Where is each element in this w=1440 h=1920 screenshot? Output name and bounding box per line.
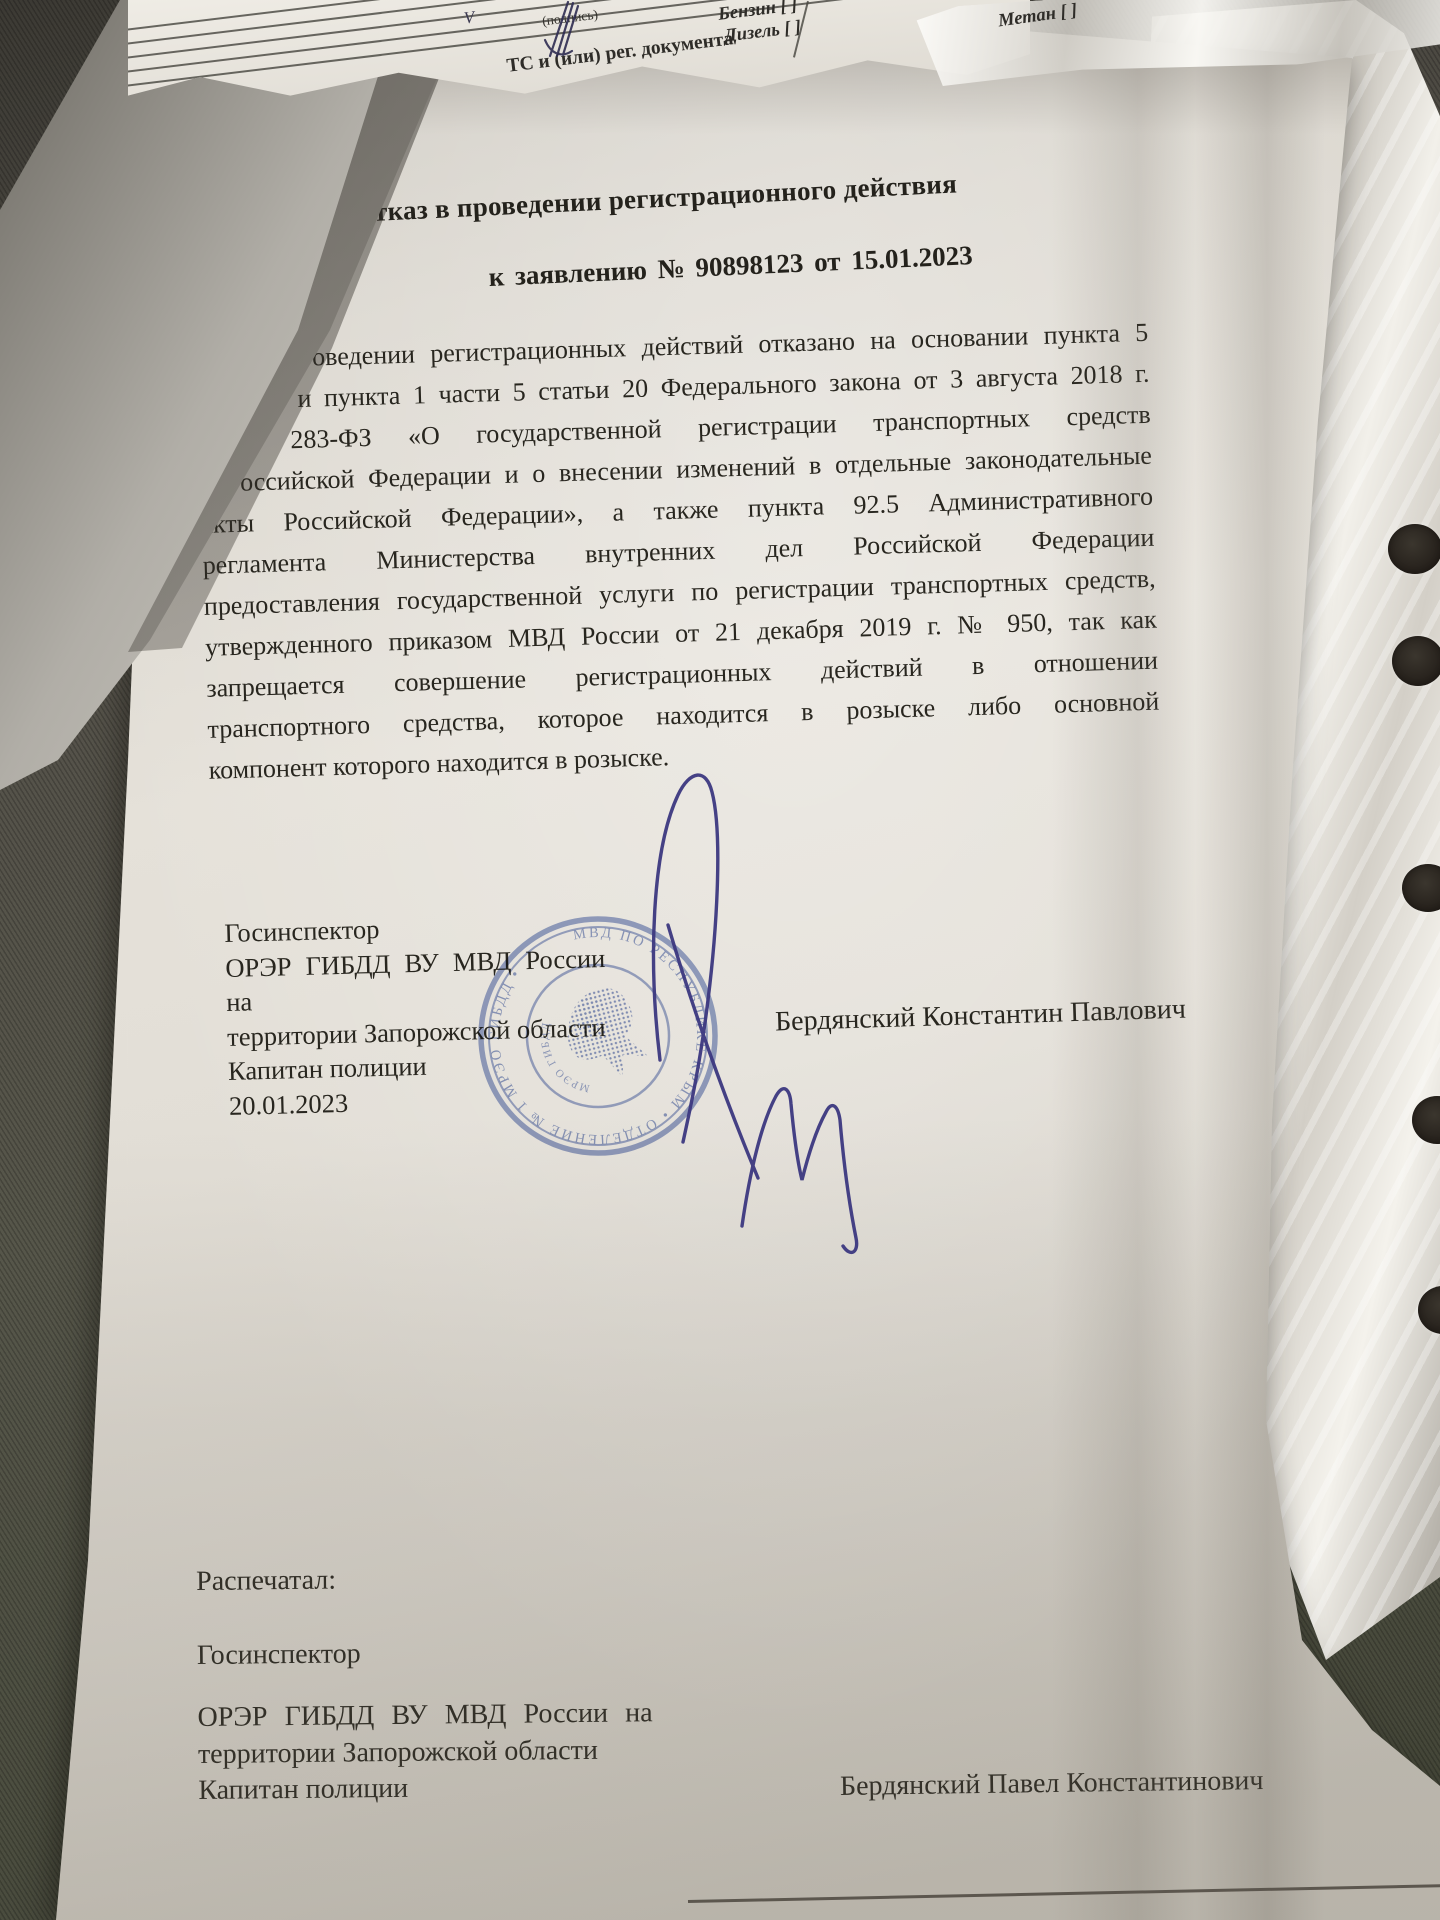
document-subtitle: к заявлению № 90898123 от 15.01.2023 [488, 240, 973, 293]
printed-by-block: Распечатал: Госинспектор ОРЭР ГИБДД ВУ М… [196, 1561, 669, 1809]
printed-by-rank: Госинспектор [197, 1635, 667, 1672]
pen-scribble-ink [520, 0, 610, 80]
printed-by-unit-line2: территории Запорожской области [198, 1732, 668, 1773]
document-title: Отказ в проведении регистрационного дейс… [352, 170, 933, 229]
photo-of-document: Отказ в проведении регистрационного дейс… [0, 0, 1440, 1920]
printed-by-position: Капитан полиции [198, 1768, 668, 1809]
printed-by-name: Бердянский Павел Константинович [840, 1765, 1264, 1803]
printed-by-unit-line1: ОРЭР ГИБДД ВУ МВД России на [197, 1693, 652, 1737]
checkmark-mark: V [463, 7, 476, 28]
footer-rule [688, 1884, 1440, 1903]
document-body: В проведении регистрационных действий от… [196, 312, 1161, 791]
printed-by-label: Распечатал: [196, 1561, 666, 1598]
signature-ink [600, 750, 960, 1270]
